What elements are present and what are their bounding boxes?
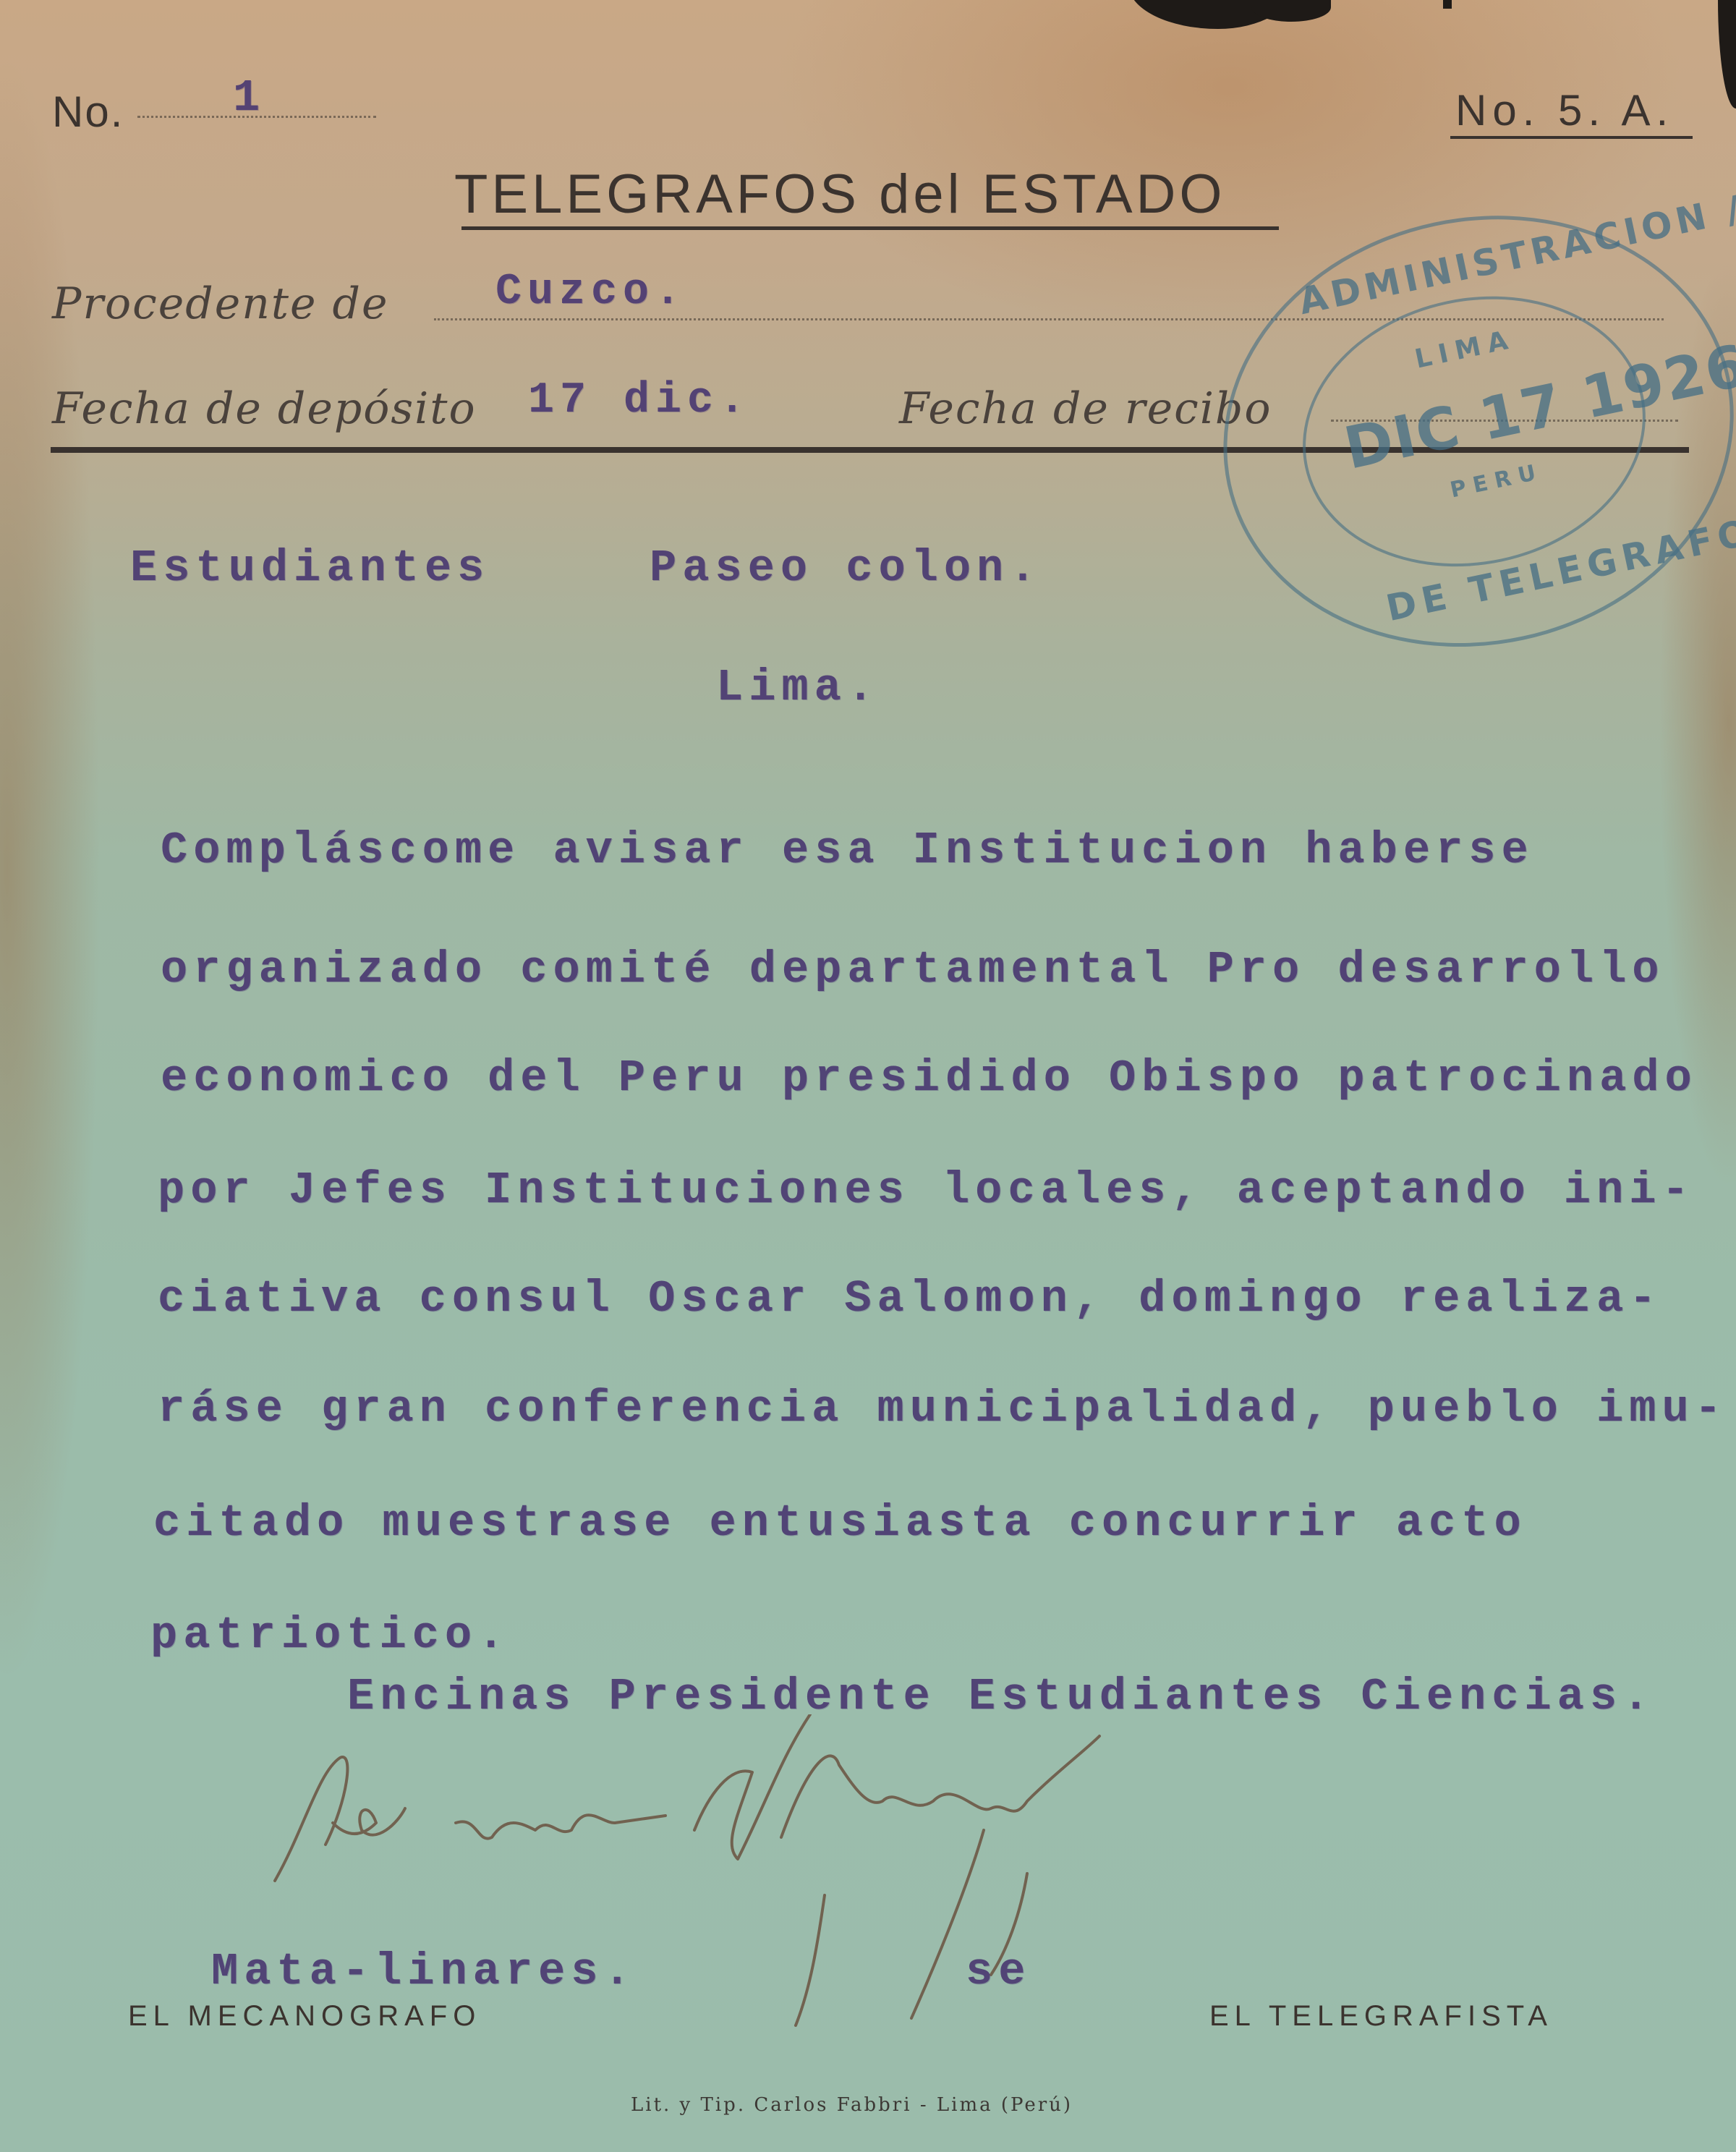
address: Paseo colon.: [650, 543, 1042, 594]
body-line: organizado comité departamental Pro desa…: [161, 944, 1664, 995]
title-underline: [461, 226, 1279, 230]
deposit-date-label: Fecha de depósito: [52, 383, 477, 434]
body-line: ciativa consul Oscar Salomon, domingo re…: [158, 1273, 1661, 1324]
form-code: No. 5. A.: [1455, 85, 1674, 135]
printer-imprint: Lit. y Tip. Carlos Fabbri - Lima (Perú): [631, 2094, 1073, 2116]
handwritten-annotation: [260, 1714, 1635, 2047]
torn-edge: [1443, 0, 1452, 9]
deposit-date-value: 17 dic.: [528, 376, 751, 425]
addressee: Estudiantes: [130, 543, 490, 594]
number-value: 1: [233, 72, 265, 124]
typist-label: EL MECANOGRAFO: [128, 2000, 481, 2033]
torn-edge: [1718, 0, 1736, 109]
page-title: TELEGRAFOS del ESTADO: [454, 163, 1226, 226]
telegram-sheet: No. 1 No. 5. A. TELEGRAFOS del ESTADO Pr…: [0, 0, 1736, 2152]
origin-value: Cuzco.: [495, 268, 686, 317]
body-line: Compláscome avisar esa Institucion haber…: [161, 825, 1534, 876]
body-line: patriotico.: [150, 1609, 510, 1661]
destination-city: Lima.: [716, 662, 880, 713]
body-line: por Jefes Instituciones locales, aceptan…: [158, 1165, 1695, 1216]
typist-name: Mata-linares.: [211, 1946, 637, 1997]
reception-stamp: ADMINISTRACION / PTERIA PRINCIPAL LIMA D…: [1183, 168, 1736, 701]
telegrapher-label: EL TELEGRAFISTA: [1209, 2000, 1553, 2033]
origin-label: Procedente de: [52, 278, 388, 329]
operator-initials: se: [966, 1946, 1031, 1997]
body-line: economico del Peru presidido Obispo patr…: [161, 1052, 1698, 1104]
body-line: citado muestrase entusiasta concurrir ac…: [153, 1497, 1527, 1549]
form-code-underline: [1450, 136, 1693, 139]
number-label: No.: [52, 87, 124, 137]
body-line: ráse gran conferencia municipalidad, pue…: [158, 1383, 1727, 1434]
